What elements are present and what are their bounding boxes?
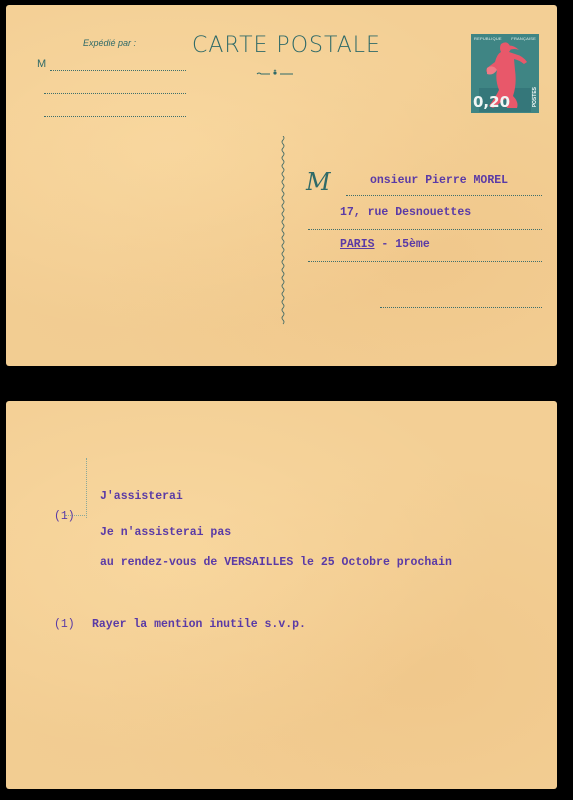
stamp-postes-label: POSTES <box>532 87 538 107</box>
sender-label: Expédié par : <box>83 38 136 48</box>
note-marker: (1) <box>54 618 75 631</box>
address-city: PARIS <box>340 238 375 251</box>
address-line-2: 17, rue Desnouettes <box>340 206 471 219</box>
strike-instruction: Rayer la mention inutile s.v.p. <box>92 618 306 631</box>
sender-prefix: M <box>37 58 46 70</box>
option-attend: J'assisterai <box>100 490 183 503</box>
address-script-initial: M <box>306 168 331 196</box>
sender-line-3 <box>44 116 186 117</box>
event-line: au rendez-vous de VERSAILLES le 25 Octob… <box>100 556 452 569</box>
address-district: - 15ème <box>375 238 430 251</box>
title-ornament-icon <box>255 68 295 78</box>
sender-line-1 <box>50 70 186 71</box>
address-rule-2 <box>308 229 542 230</box>
stamp-value: 0,20 <box>473 93 510 111</box>
option-marker: (1) <box>54 510 75 523</box>
address-line-3: PARIS - 15ème <box>340 238 430 251</box>
address-rule-4 <box>380 307 542 308</box>
postage-stamp: REPUBLIQUE FRANÇAISE 0,20 POSTES <box>471 34 539 113</box>
sender-line-2 <box>44 93 186 94</box>
bracket-mark <box>86 458 97 518</box>
address-rule-3 <box>308 261 542 262</box>
address-line-1: onsieur Pierre MOREL <box>370 174 508 187</box>
option-not-attend: Je n'assisterai pas <box>100 526 231 539</box>
wavy-divider <box>281 136 285 326</box>
card-title: CARTE POSTALE <box>192 33 381 58</box>
address-rule-1 <box>346 195 542 196</box>
